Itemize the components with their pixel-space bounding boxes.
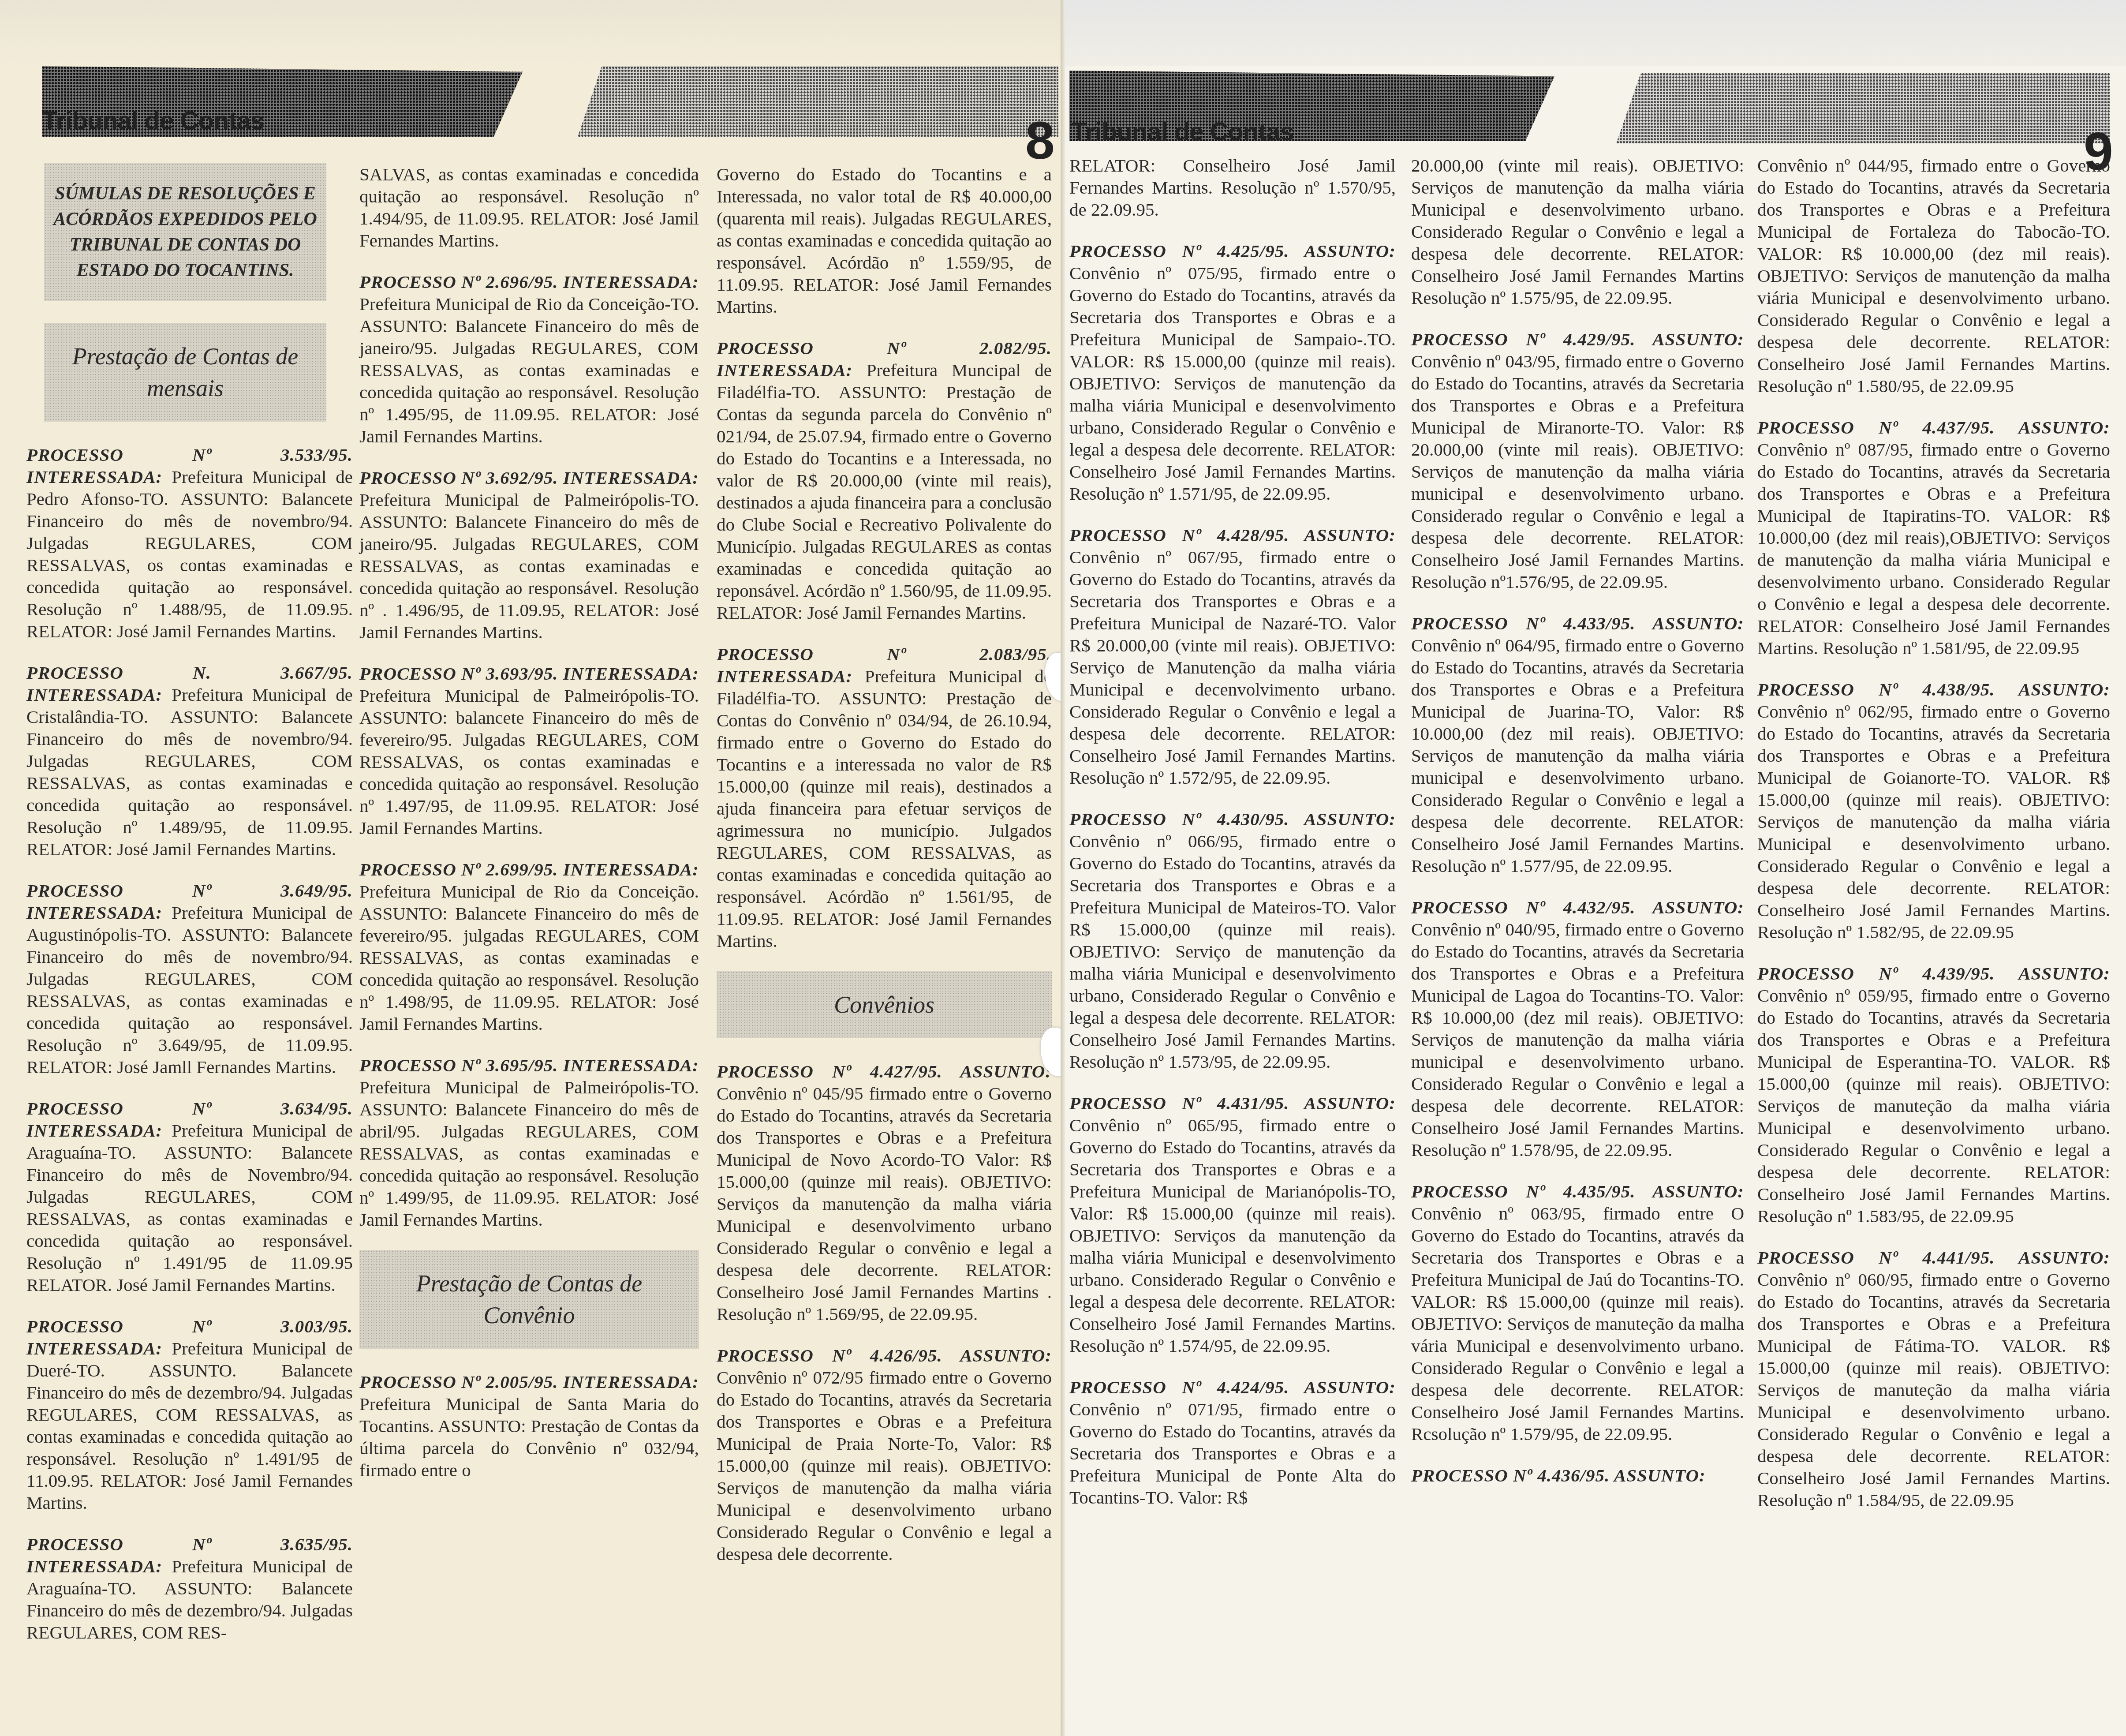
processo-body: Convênio nº 071/95, firmado entre o Gove… bbox=[1069, 1399, 1396, 1508]
entry-list: SALVAS, as contas examinadas e concedida… bbox=[359, 163, 699, 1481]
subhead-text: Prestação de Contas de mensais bbox=[72, 343, 298, 401]
processo-entry: PROCESSO Nº 4.425/95. ASSUNTO: Convênio … bbox=[1069, 240, 1396, 505]
processo-entry: PROCESSO Nº 3.695/95. INTERESSADA: Prefe… bbox=[359, 1054, 699, 1231]
banner-text: SÚMULAS DE RESOLUÇÕES E ACÓRDÃOS EXPEDID… bbox=[53, 183, 317, 281]
column-1: SÚMULAS DE RESOLUÇÕES E ACÓRDÃOS EXPEDID… bbox=[26, 163, 353, 1663]
processo-entry: PROCESSO Nº 4.429/95. ASSUNTO: Convênio … bbox=[1411, 328, 1744, 593]
processo-body: Governo do Estado do Tocantins e a Inter… bbox=[717, 164, 1052, 317]
processo-entry: PROCESSO Nº 2.082/95. INTERESSADA: Prefe… bbox=[717, 337, 1052, 624]
entry-list: PROCESSO Nº 3.533/95. INTERESSADA: Prefe… bbox=[26, 444, 353, 1643]
subhead-convenio: Prestação de Contas de Convênio bbox=[359, 1250, 699, 1349]
processo-body: RELATOR: Conselheiro José Jamil Fernande… bbox=[1069, 155, 1396, 220]
processo-entry: PROCESSO Nº 3.693/95. INTERESSADA: Prefe… bbox=[359, 662, 699, 839]
processo-body: Prefeitura Municipal de Augustinópolis-T… bbox=[26, 902, 353, 1077]
entry-list: Governo do Estado do Tocantins e a Inter… bbox=[717, 163, 1052, 1565]
column-2: 20.000,00 (vinte mil reais). OBJETIVO: S… bbox=[1411, 154, 1744, 1506]
processo-body: Convênio nº 060/95, firmado entre o Gove… bbox=[1757, 1269, 2110, 1510]
processo-body: Prefeitura Municipal de Palmeirópolis-TO… bbox=[359, 1077, 699, 1230]
processo-entry: PROCESSO Nº 3.692/95. INTERESSADA: Prefe… bbox=[359, 467, 699, 643]
processo-heading: PROCESSO Nº 4.425/95. ASSUNTO: bbox=[1069, 241, 1396, 261]
processo-entry: PROCESSO Nº 4.439/95. ASSUNTO: Convênio … bbox=[1757, 962, 2110, 1227]
processo-entry: PROCESSO N. 3.667/95. INTERESSADA: Prefe… bbox=[26, 662, 353, 860]
processo-entry: PROCESSO Nº 2.083/95. INTERESSADA: Prefe… bbox=[717, 643, 1052, 952]
processo-entry: PROCESSO Nº 2.005/95. INTERESSADA: Prefe… bbox=[359, 1371, 699, 1481]
processo-heading: PROCESSO Nº 2.696/95. INTERESSADA: bbox=[359, 272, 699, 292]
processo-entry: PROCESSO Nº 4.430/95. ASSUNTO: Convênio … bbox=[1069, 808, 1396, 1073]
header-bar-halftone-light bbox=[1616, 73, 2110, 143]
processo-entry: PROCESSO Nº 4.441/95. ASSUNTO: Convênio … bbox=[1757, 1246, 2110, 1511]
processo-heading: PROCESSO Nº 4.424/95. ASSUNTO: bbox=[1069, 1377, 1396, 1397]
processo-entry: PROCESSO Nº 3.649/95. INTERESSADA: Prefe… bbox=[26, 879, 353, 1078]
processo-entry: PROCESSO Nº 4.427/95. ASSUNTO: Convênio … bbox=[717, 1060, 1052, 1325]
processo-body: Convênio nº 075/95, firmado entre o Gove… bbox=[1069, 263, 1396, 504]
processo-heading: PROCESSO Nº 4.431/95. ASSUNTO: bbox=[1069, 1093, 1396, 1113]
page-9: Tribunal de Contas 9 RELATOR: Conselheir… bbox=[1065, 0, 2126, 1736]
processo-body: Convênio nº 044/95, firmado entre o Gove… bbox=[1757, 155, 2110, 396]
processo-entry: PROCESSO Nº 4.424/95. ASSUNTO: Convênio … bbox=[1069, 1376, 1396, 1508]
processo-entry: PROCESSO Nº 2.699/95. INTERESSADA: Prefe… bbox=[359, 858, 699, 1035]
processo-entry: PROCESSO Nº 3.003/95. INTERESSADA: Prefe… bbox=[26, 1315, 353, 1514]
processo-entry: PROCESSO Nº 4.428/95. ASSUNTO: Convênio … bbox=[1069, 524, 1396, 789]
processo-body: Convênio nº 043/95, firmado entre o Gove… bbox=[1411, 351, 1744, 592]
processo-body: Convênio nº 063/95, firmado entre O Gove… bbox=[1411, 1203, 1744, 1444]
processo-heading: PROCESSO Nº 3.692/95. INTERESSADA: bbox=[359, 468, 699, 488]
processo-entry: PROCESSO Nº 3.635/95. INTERESSADA: Prefe… bbox=[26, 1533, 353, 1643]
entry-list: Convênio nº 044/95, firmado entre o Gove… bbox=[1757, 154, 2110, 1511]
processo-heading: PROCESSO Nº 4.432/95. ASSUNTO: bbox=[1411, 897, 1744, 917]
column-2: SALVAS, as contas examinadas e concedida… bbox=[359, 163, 699, 1500]
processo-body: Prefeitura Municipal de Filadélfia-TO. A… bbox=[717, 666, 1052, 951]
processo-entry: PROCESSO Nº 4.432/95. ASSUNTO: Convênio … bbox=[1411, 896, 1744, 1161]
processo-entry: PROCESSO Nº 4.437/95. ASSUNTO: Convênio … bbox=[1757, 416, 2110, 659]
processo-heading: PROCESSO Nº 4.438/95. ASSUNTO: bbox=[1757, 679, 2110, 700]
processo-body: Prefeitura Municipal de Araguaína-TO. AS… bbox=[26, 1120, 353, 1295]
column-3: Convênio nº 044/95, firmado entre o Gove… bbox=[1757, 154, 2110, 1530]
column-3: Governo do Estado do Tocantins e a Inter… bbox=[717, 163, 1052, 1584]
processo-heading: PROCESSO Nº 3.695/95. INTERESSADA: bbox=[359, 1055, 699, 1075]
processo-entry: PROCESSO Nº 4.431/95. ASSUNTO: Convênio … bbox=[1069, 1092, 1396, 1357]
page-8: Tribunal de Contas 8 SÚMULAS DE RESOLUÇÕ… bbox=[0, 0, 1065, 1736]
processo-body: Convênio nº 062/95, firmado entre o Gove… bbox=[1757, 701, 2110, 942]
processo-heading: PROCESSO Nº 4.426/95. ASSUNTO: bbox=[717, 1345, 1052, 1366]
processo-body: Convênio nº 087/95, firmado entre o Gove… bbox=[1757, 439, 2110, 658]
processo-entry: SALVAS, as contas examinadas e concedida… bbox=[359, 163, 699, 251]
processo-body: Prefeitura Municipal de Dueré-TO. ASSUNT… bbox=[26, 1338, 353, 1513]
processo-entry: RELATOR: Conselheiro José Jamil Fernande… bbox=[1069, 154, 1396, 221]
processo-body: Convênio nº 064/95, firmado entre o Gove… bbox=[1411, 635, 1744, 876]
processo-body: Convênio nº 059/95, firmado entre o Gove… bbox=[1757, 985, 2110, 1226]
scan-top-margin bbox=[1065, 0, 2126, 66]
processo-body: SALVAS, as contas examinadas e concedida… bbox=[359, 164, 699, 251]
processo-body: Prefeitura Municipal de Rio da Conceição… bbox=[359, 881, 699, 1034]
processo-body: Convênio nº 065/95, firmado entre o Gove… bbox=[1069, 1115, 1396, 1356]
entry-list: RELATOR: Conselheiro José Jamil Fernande… bbox=[1069, 154, 1396, 1508]
processo-entry: Convênio nº 044/95, firmado entre o Gove… bbox=[1757, 154, 2110, 397]
section-title: Tribunal de Contas bbox=[1072, 117, 1294, 146]
processo-heading: PROCESSO Nº 4.427/95. ASSUNTO: bbox=[717, 1061, 1052, 1081]
processo-heading: PROCESSO Nº 4.436/95. ASSUNTO: bbox=[1411, 1465, 1706, 1485]
processo-heading: PROCESSO Nº 2.699/95. INTERESSADA: bbox=[359, 859, 699, 879]
processo-entry: PROCESSO Nº 4.436/95. ASSUNTO: bbox=[1411, 1464, 1744, 1486]
processo-body: Prefeitura Municipal de Cristalândia-TO.… bbox=[26, 685, 353, 859]
processo-entry: PROCESSO Nº 4.426/95. ASSUNTO: Convênio … bbox=[717, 1344, 1052, 1565]
processo-heading: PROCESSO Nº 2.005/95. INTERESSADA: bbox=[359, 1372, 699, 1392]
section-title: Tribunal de Contas bbox=[42, 106, 264, 135]
entry-list: 20.000,00 (vinte mil reais). OBJETIVO: S… bbox=[1411, 154, 1744, 1486]
processo-heading: PROCESSO Nº 3.693/95. INTERESSADA: bbox=[359, 663, 699, 684]
processo-body: Prefeitura Municipal de Santa Maria do T… bbox=[359, 1394, 699, 1480]
processo-entry: Governo do Estado do Tocantins e a Inter… bbox=[717, 163, 1052, 318]
banner-box: SÚMULAS DE RESOLUÇÕES E ACÓRDÃOS EXPEDID… bbox=[44, 163, 326, 301]
processo-heading: PROCESSO Nº 4.437/95. ASSUNTO: bbox=[1757, 417, 2110, 438]
processo-heading: PROCESSO Nº 4.435/95. ASSUNTO: bbox=[1411, 1181, 1744, 1201]
processo-heading: PROCESSO Nº 4.439/95. ASSUNTO: bbox=[1757, 963, 2110, 984]
processo-body: Convênio nº 067/95, firmado entre o Gove… bbox=[1069, 547, 1396, 788]
processo-entry: PROCESSO Nº 4.433/95. ASSUNTO: Convênio … bbox=[1411, 612, 1744, 877]
processo-body: 20.000,00 (vinte mil reais). OBJETIVO: S… bbox=[1411, 155, 1744, 308]
processo-entry: PROCESSO Nº 4.435/95. ASSUNTO: Convênio … bbox=[1411, 1180, 1744, 1445]
processo-heading: PROCESSO Nº 4.428/95. ASSUNTO: bbox=[1069, 525, 1396, 545]
page-number: 8 bbox=[1025, 110, 1055, 171]
scan-top-margin bbox=[0, 0, 1065, 66]
processo-body: Convênio nº 066/95, firmado entre o Gove… bbox=[1069, 831, 1396, 1072]
subhead-mensais: Prestação de Contas de mensais bbox=[44, 323, 326, 422]
processo-heading: PROCESSO Nº 4.441/95. ASSUNTO: bbox=[1757, 1247, 2110, 1268]
processo-body: Prefeitura Municipal de Palmeirópolis-TO… bbox=[359, 685, 699, 838]
processo-body: Convênio nº 045/95 firmado entre o Gover… bbox=[717, 1083, 1052, 1324]
header-bar-halftone-light bbox=[578, 66, 1058, 137]
processo-body: Prefeitura Muncipal de Filadélfia-TO. AS… bbox=[717, 360, 1052, 623]
processo-entry: PROCESSO Nº 4.438/95. ASSUNTO: Convênio … bbox=[1757, 678, 2110, 943]
processo-body: Prefeitura Municipal de Rio da Conceição… bbox=[359, 294, 699, 446]
processo-body: Convênio nº 072/95 firmado entre o Gover… bbox=[717, 1367, 1052, 1564]
processo-heading: PROCESSO Nº 4.429/95. ASSUNTO: bbox=[1411, 329, 1744, 349]
processo-entry: PROCESSO Nº 3.634/95. INTERESSADA: Prefe… bbox=[26, 1097, 353, 1296]
subhead-text: Prestação de Contas de Convênio bbox=[416, 1270, 642, 1328]
processo-body: Prefeitura Municipal de Pedro Afonso-TO.… bbox=[26, 467, 353, 641]
processo-heading: PROCESSO Nº 4.430/95. ASSUNTO: bbox=[1069, 809, 1396, 829]
subhead-text: Convênios bbox=[834, 991, 934, 1018]
column-1: RELATOR: Conselheiro José Jamil Fernande… bbox=[1069, 154, 1396, 1528]
processo-entry: 20.000,00 (vinte mil reais). OBJETIVO: S… bbox=[1411, 154, 1744, 309]
processo-body: Prefeitura Municipal de Palmeirópolis-TO… bbox=[359, 490, 699, 642]
processo-heading: PROCESSO Nº 4.433/95. ASSUNTO: bbox=[1411, 613, 1744, 633]
processo-entry: PROCESSO Nº 2.696/95. INTERESSADA: Prefe… bbox=[359, 271, 699, 447]
processo-body: Convênio nº 040/95, firmado entre o Gove… bbox=[1411, 919, 1744, 1160]
subhead-convenios: Convênios bbox=[717, 971, 1052, 1038]
processo-entry: PROCESSO Nº 3.533/95. INTERESSADA: Prefe… bbox=[26, 444, 353, 642]
